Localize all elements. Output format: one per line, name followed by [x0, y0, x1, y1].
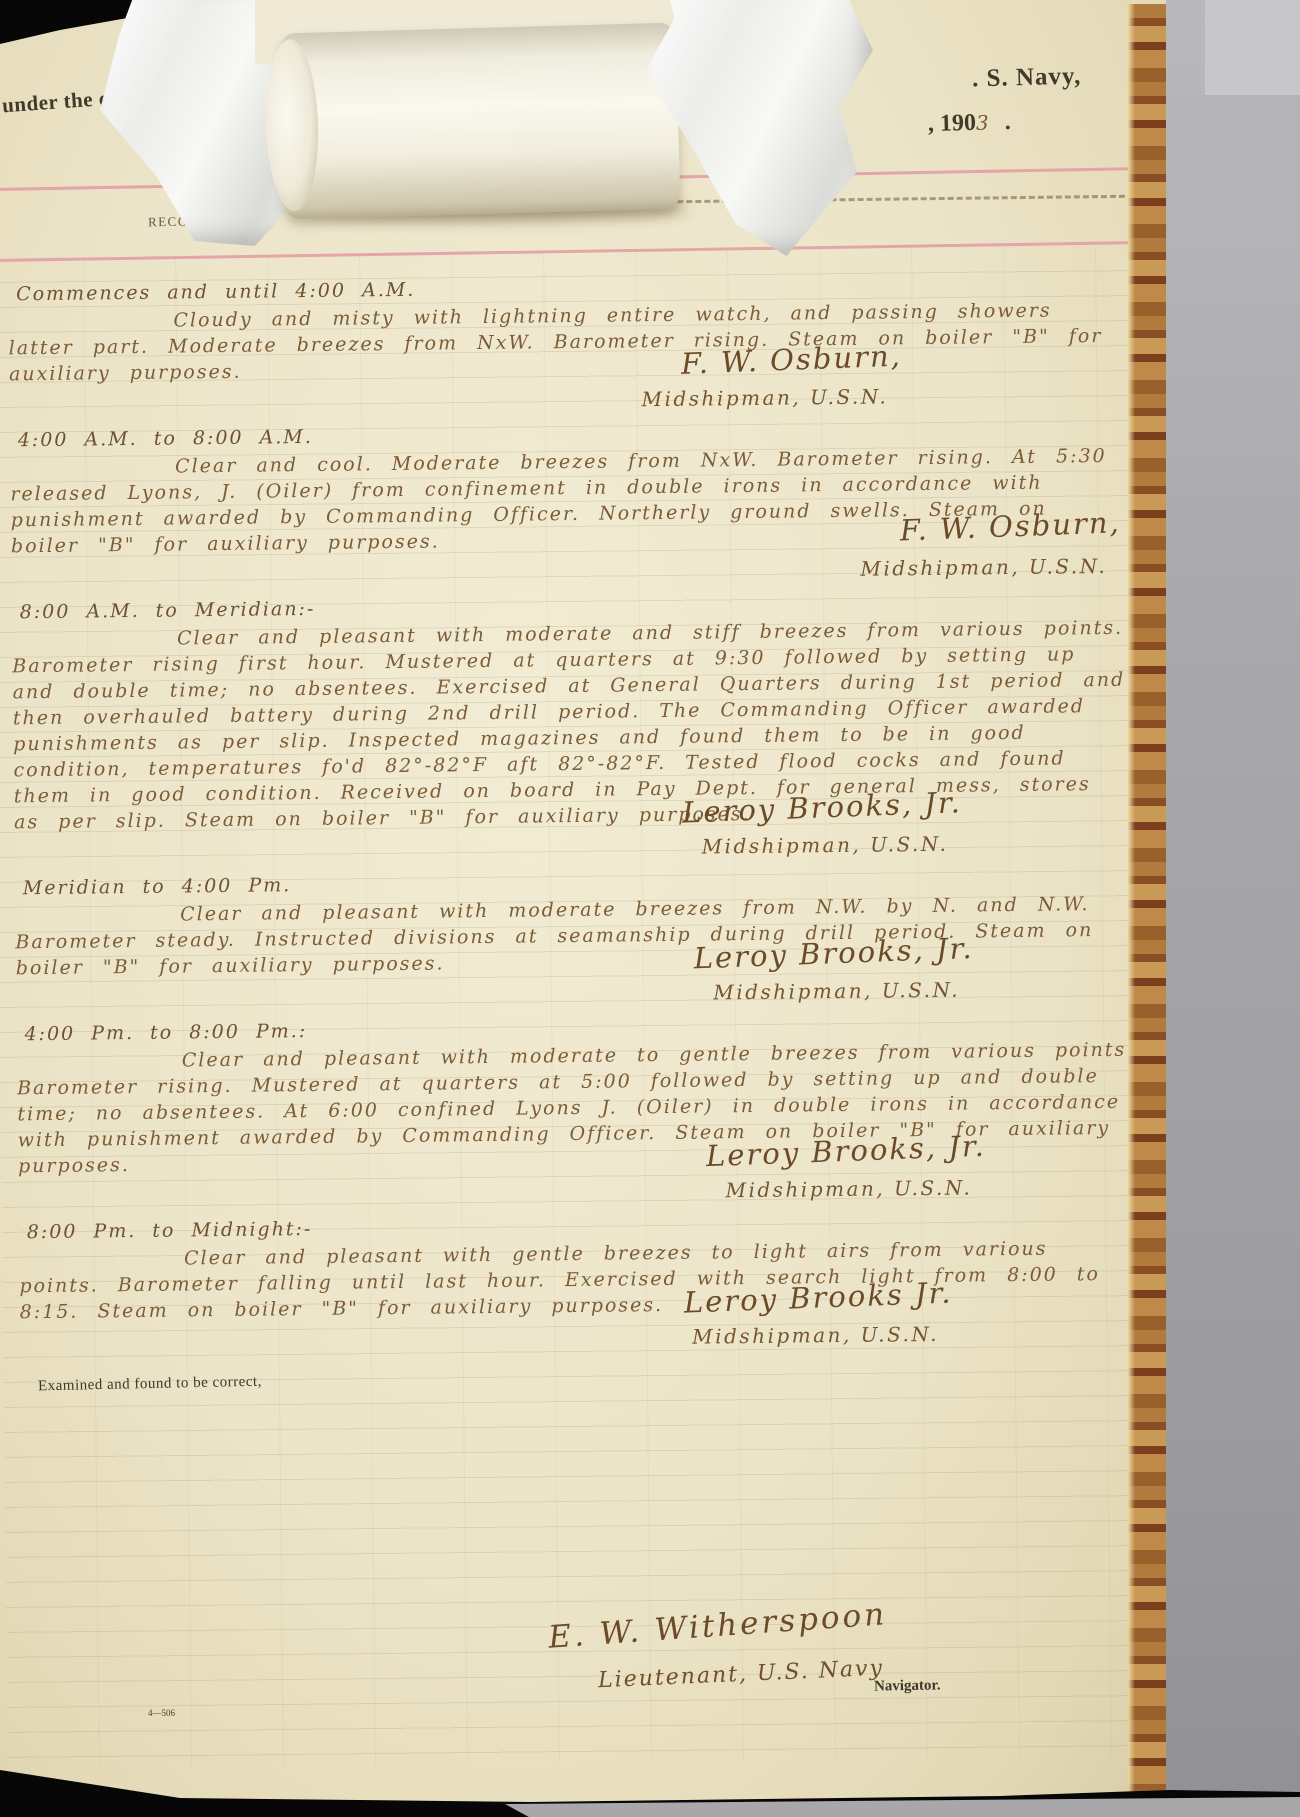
printed-date-line: , 1903. [928, 109, 1011, 138]
log-entry-first-watch: 8:00 Pm. to Midnight:- Clear and pleasan… [19, 1208, 1138, 1357]
handwritten-year-digit: 3 [976, 110, 989, 134]
log-entries: Commences and until 4:00 A.M. Cloudy and… [8, 260, 1138, 1359]
logbook-photo: under the comm . S. Navy, , 1903. RECO C… [0, 0, 1300, 1817]
printed-navy-label: . S. Navy, [972, 63, 1082, 94]
log-entry-afternoon-watch: Meridian to 4:00 Pm. Clear and pleasant … [15, 864, 1134, 1013]
log-entry-dog-watch: 4:00 Pm. to 8:00 Pm.: Clear and pleasant… [16, 1010, 1136, 1211]
examined-statement: Examined and found to be correct, [38, 1374, 262, 1396]
printed-year-prefix: , 190 [928, 110, 977, 137]
log-entry-morning-watch: 4:00 A.M. to 8:00 A.M. Clear and cool. M… [10, 416, 1130, 591]
background-surface [1160, 0, 1300, 1817]
book-fore-edge [1128, 4, 1166, 1794]
printed-navigator-label: Navigator. [874, 1677, 941, 1695]
log-entry-forenoon-watch: 8:00 A.M. to Meridian:- Clear and pleasa… [12, 588, 1133, 867]
navigator-signature-rank: Lieutenant, U.S. Navy [598, 1656, 885, 1693]
navigator-signature-name: E. W. Witherspoon [547, 1596, 888, 1656]
form-number: 4—506 [148, 1708, 175, 1718]
pink-rule-second [0, 241, 1155, 262]
date-period: . [988, 109, 1011, 136]
backing-sheet-light [1205, 0, 1300, 95]
log-entry-midwatch: Commences and until 4:00 A.M. Cloudy and… [8, 270, 1127, 419]
backing-sheet-mid [1168, 95, 1300, 245]
logbook-page: under the comm . S. Navy, , 1903. RECO C… [0, 0, 1166, 1817]
rolled-page [279, 23, 680, 220]
